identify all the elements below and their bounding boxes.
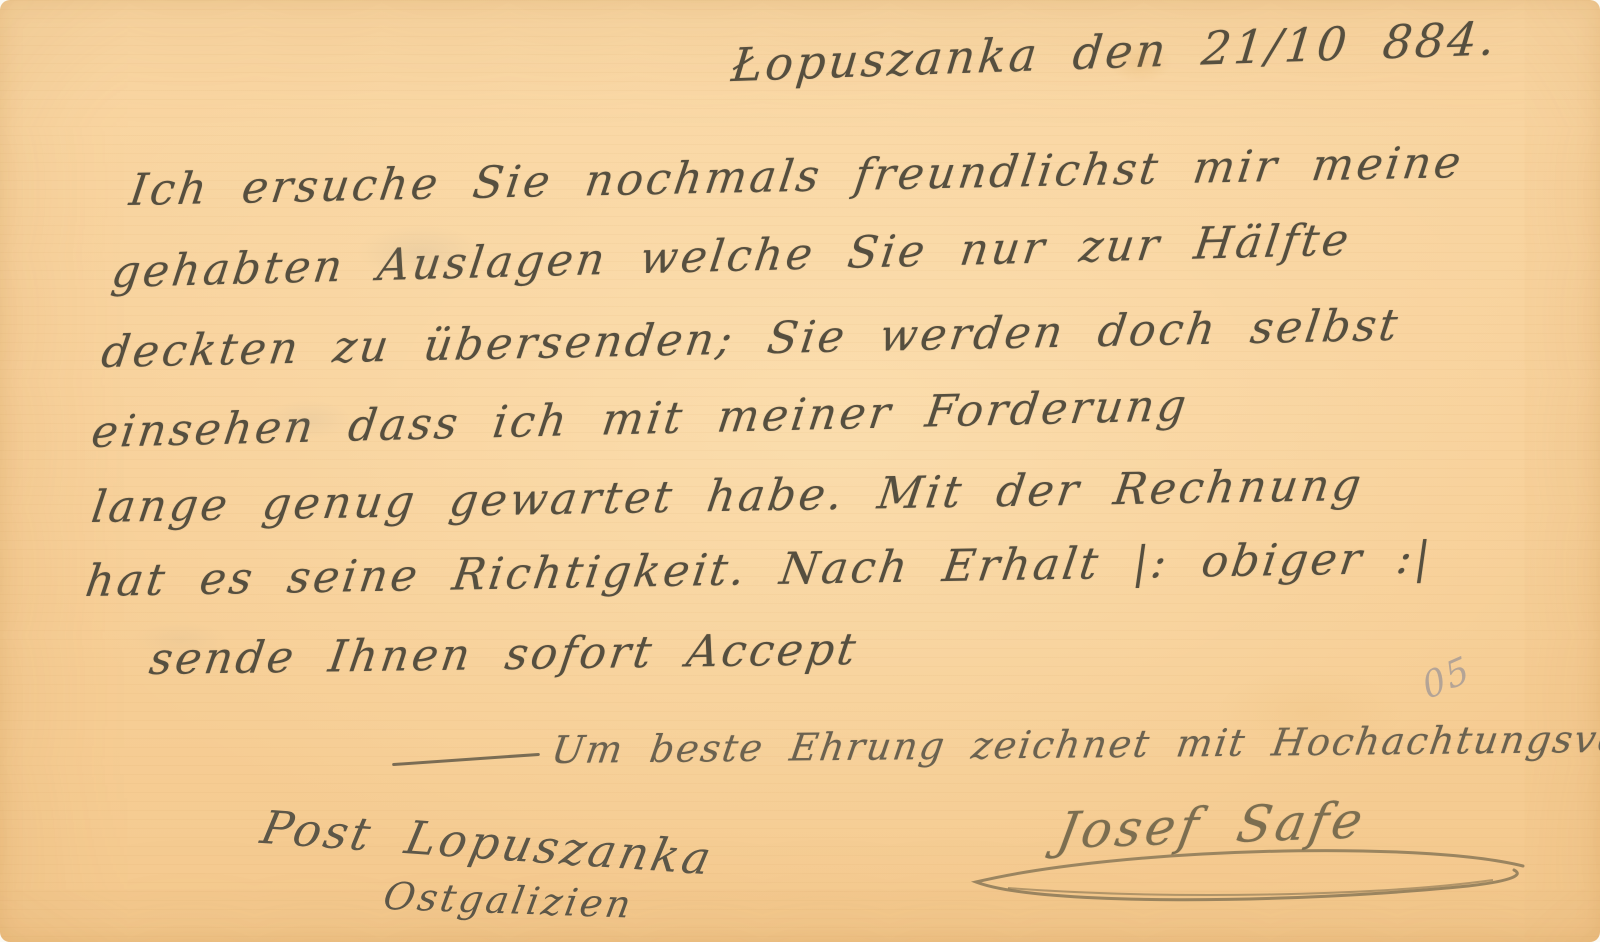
closing-line: Um beste Ehrung zeichnet mit Hochachtung… [549,716,1600,772]
signature-flourish [948,842,1538,920]
postcard-scan: Łopuszanka den 21/10 884. Ich ersuche Si… [0,0,1600,942]
body-line: sende Ihnen sofort Accept [146,624,861,685]
body-line: hat es seine Richtigkeit. Nach Erhalt |:… [82,532,1436,607]
body-line: einsehen dass ich mit meiner Forderung [89,380,1192,458]
pencil-annotation: 05 [1418,649,1476,708]
closing-pen-stroke [392,753,540,766]
body-line: lange genug gewartet habe. Mit der Rechn… [88,460,1366,533]
sender-address-line: Post Lopuszanka [256,800,718,885]
body-line: deckten zu übersenden; Sie werden doch s… [98,300,1403,378]
sender-address-line: Ostgalizien [380,874,637,926]
dateline: Łopuszanka den 21/10 884. [729,11,1500,92]
body-line: Ich ersuche Sie nochmals freundlichst mi… [126,137,1466,216]
body-line: gehabten Auslagen welche Sie nur zur Häl… [109,214,1355,298]
